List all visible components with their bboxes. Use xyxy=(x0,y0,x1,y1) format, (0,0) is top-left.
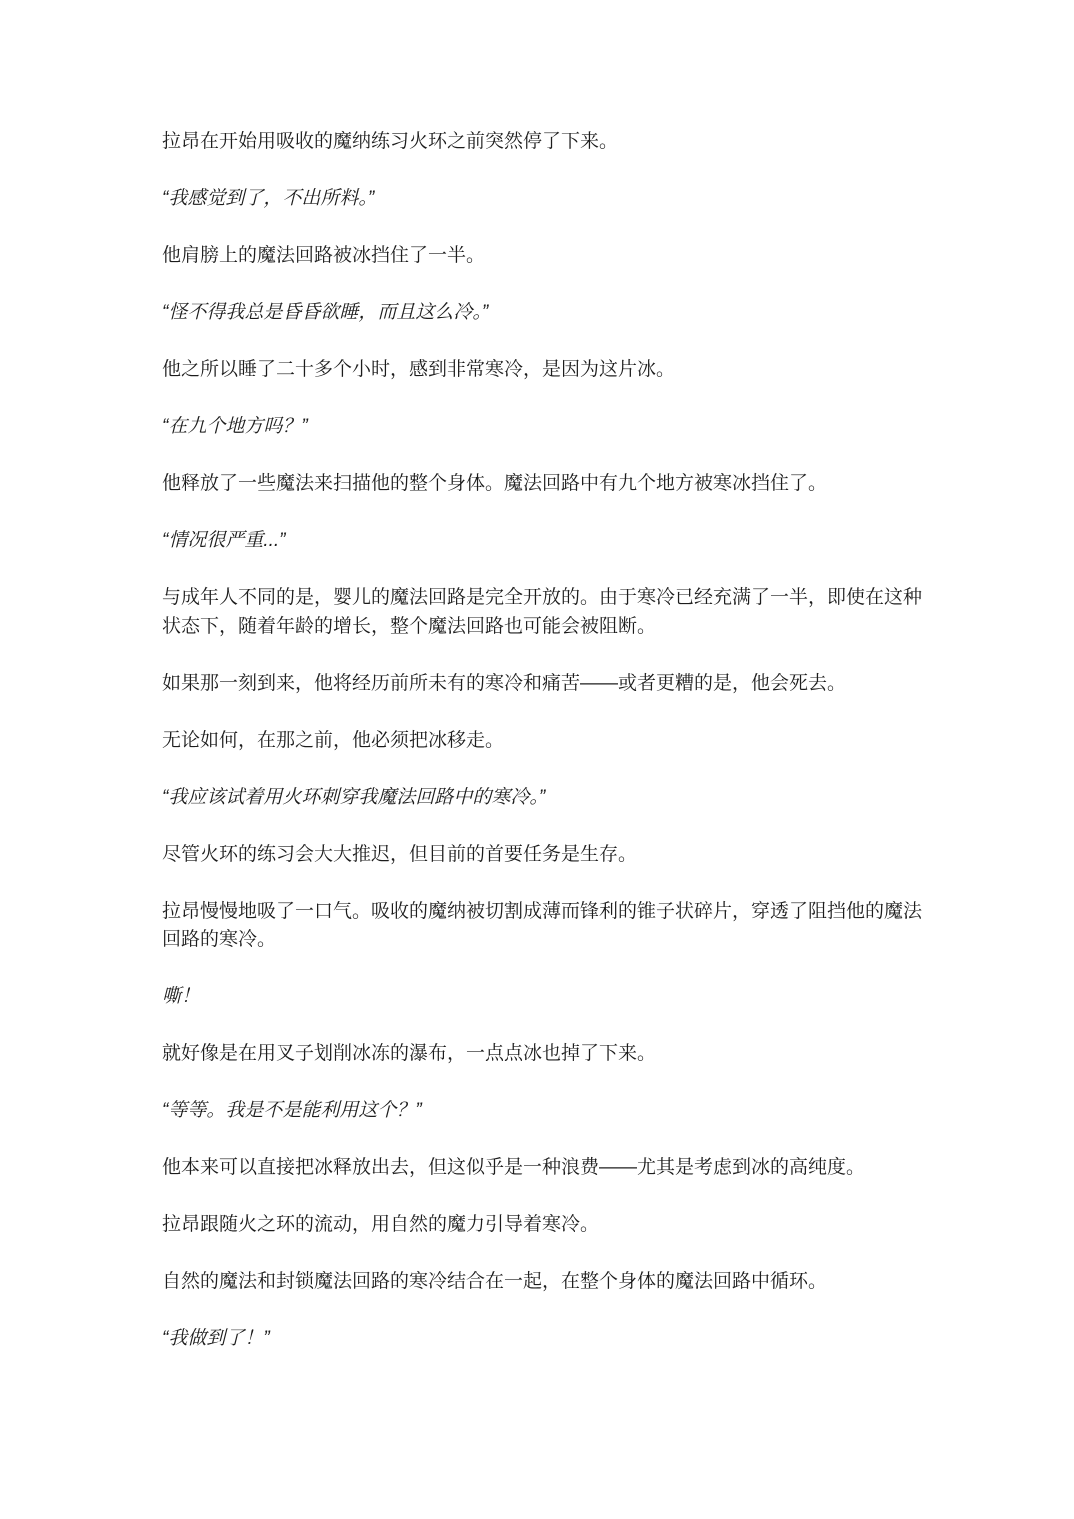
paragraph-quote: “我感觉到了，不出所料。” xyxy=(162,185,982,214)
paragraph-quote: “情况很严重...” xyxy=(162,527,982,556)
paragraph: 他之所以睡了二十多个小时，感到非常寒冷，是因为这片冰。 xyxy=(162,356,982,385)
paragraph: 拉昂慢慢地吸了一口气。吸收的魔纳被切割成薄而锋利的锥子状碎片，穿透了阻挡他的魔法… xyxy=(162,898,982,955)
paragraph-quote: “怪不得我总是昏昏欲睡，而且这么冷。” xyxy=(162,299,982,328)
paragraph-quote: “我应该试着用火环刺穿我魔法回路中的寒冷。” xyxy=(162,784,982,813)
paragraph-quote: “我做到了！” xyxy=(162,1325,982,1354)
document-page: 拉昂在开始用吸收的魔纳练习火环之前突然停了下来。 “我感觉到了，不出所料。” 他… xyxy=(0,0,1074,1519)
paragraph-quote: 嘶！ xyxy=(162,983,982,1012)
paragraph: 他肩膀上的魔法回路被冰挡住了一半。 xyxy=(162,242,982,271)
paragraph: 自然的魔法和封锁魔法回路的寒冷结合在一起，在整个身体的魔法回路中循环。 xyxy=(162,1268,982,1297)
paragraph: 如果那一刻到来，他将经历前所未有的寒冷和痛苦——或者更糟的是，他会死去。 xyxy=(162,670,982,699)
paragraph: 他释放了一些魔法来扫描他的整个身体。魔法回路中有九个地方被寒冰挡住了。 xyxy=(162,470,982,499)
paragraph: 拉昂跟随火之环的流动，用自然的魔力引导着寒冷。 xyxy=(162,1211,982,1240)
paragraph-quote: “在九个地方吗？” xyxy=(162,413,982,442)
paragraph-quote: “等等。我是不是能利用这个？” xyxy=(162,1097,982,1126)
paragraph: 他本来可以直接把冰释放出去，但这似乎是一种浪费——尤其是考虑到冰的高纯度。 xyxy=(162,1154,982,1183)
paragraph: 就好像是在用叉子划削冰冻的瀑布，一点点冰也掉了下来。 xyxy=(162,1040,982,1069)
paragraph: 尽管火环的练习会大大推迟，但目前的首要任务是生存。 xyxy=(162,841,982,870)
paragraph: 拉昂在开始用吸收的魔纳练习火环之前突然停了下来。 xyxy=(162,128,982,157)
paragraph: 与成年人不同的是，婴儿的魔法回路是完全开放的。由于寒冷已经充满了一半，即使在这种… xyxy=(162,584,982,641)
text-content: 拉昂在开始用吸收的魔纳练习火环之前突然停了下来。 “我感觉到了，不出所料。” 他… xyxy=(162,128,982,1382)
paragraph: 无论如何，在那之前，他必须把冰移走。 xyxy=(162,727,982,756)
